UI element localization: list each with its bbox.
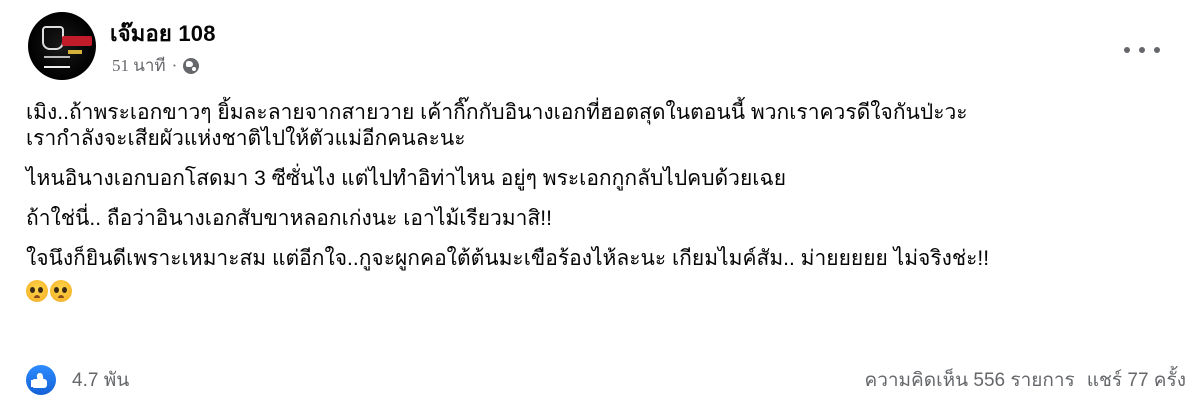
post-paragraph-3: ถ้าใช่นี่.. ถือว่าอินางเอกสับขาหลอกเก่งน…: [26, 206, 1186, 232]
post-line: เมิง..ถ้าพระเอกขาวๆ ยิ้มละลายจากสายวาย เ…: [26, 101, 968, 124]
reactions-summary[interactable]: 4.7 พัน: [26, 365, 129, 395]
avatar-gold-label: [68, 50, 82, 54]
avatar-face-graphic: [42, 26, 64, 50]
post-line: เรากำลังจะเสียผัวแห่งชาติไปให้ตัวแม่อีกค…: [26, 127, 465, 150]
post-timestamp[interactable]: 51 นาที: [112, 52, 166, 79]
post-header: เจ๊มอย 108 51 นาที ·: [28, 12, 1178, 82]
like-icon: [26, 365, 56, 395]
post-footer: 4.7 พัน ความคิดเห็น 556 รายการ แชร์ 77 ค…: [26, 362, 1186, 398]
post-body: เมิง..ถ้าพระเอกขาวๆ ยิ้มละลายจากสายวาย เ…: [26, 100, 1186, 302]
avatar-red-label: [62, 36, 92, 46]
author-name[interactable]: เจ๊มอย 108: [110, 16, 216, 51]
globe-icon[interactable]: [183, 58, 199, 74]
pleading-face-icon: [26, 280, 48, 302]
more-dot-icon: [1154, 47, 1160, 53]
post-paragraph-1: เมิง..ถ้าพระเอกขาวๆ ยิ้มละลายจากสายวาย เ…: [26, 100, 1186, 152]
emoji-row: [26, 280, 1186, 302]
more-dot-icon: [1139, 47, 1145, 53]
post-meta: 51 นาที ·: [112, 52, 199, 79]
author-avatar[interactable]: [28, 12, 96, 80]
meta-separator: ·: [172, 56, 178, 76]
more-dot-icon: [1124, 47, 1130, 53]
engagement-stats: ความคิดเห็น 556 รายการ แชร์ 77 ครั้ง: [864, 365, 1186, 395]
post-paragraph-2: ไหนอินางเอกบอกโสดมา 3 ซีซั่นไง แต่ไปทำอิ…: [26, 166, 1186, 192]
pleading-face-icon: [50, 280, 72, 302]
comments-count-link[interactable]: ความคิดเห็น 556 รายการ: [864, 365, 1074, 395]
reaction-count: 4.7 พัน: [72, 365, 129, 395]
more-options-button[interactable]: [1124, 40, 1160, 60]
avatar-text-graphic: [44, 56, 70, 68]
post-paragraph-4: ใจนึงก็ยินดีเพราะเหมาะสม แต่อีกใจ..กูจะผ…: [26, 246, 1186, 272]
shares-count-link[interactable]: แชร์ 77 ครั้ง: [1087, 365, 1186, 395]
